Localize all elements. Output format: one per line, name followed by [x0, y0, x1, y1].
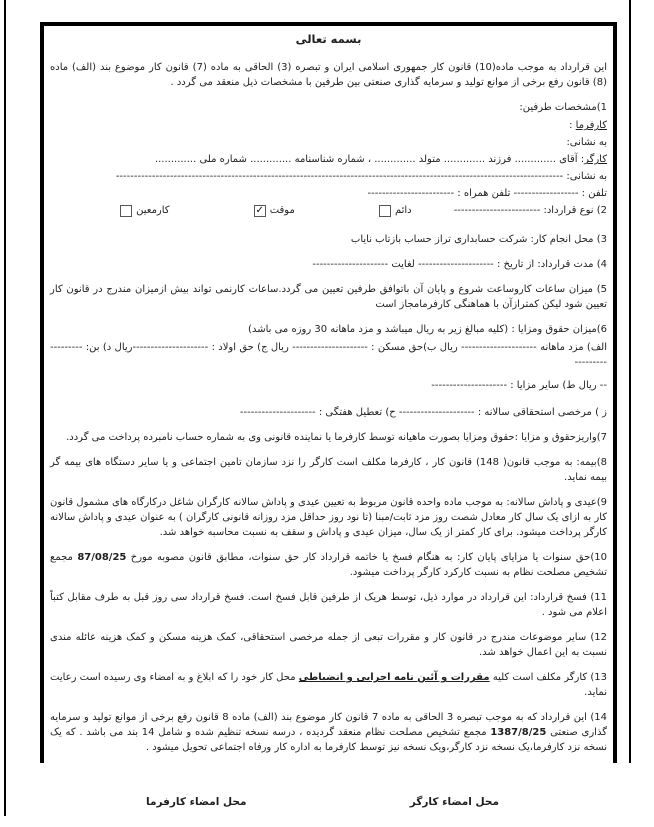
contract-page: بسمه تعالی این قرارداد به موجب ماده(10) …: [0, 0, 654, 827]
clause-11-termination: 11) فسخ قرارداد: این قرارداد در موارد ذی…: [50, 590, 607, 620]
option-permanent: دائم: [379, 203, 412, 218]
clause-13-regulations: 13) کارگر مکلف است کلیه مقررات و آئین نا…: [50, 670, 607, 700]
contract-type-row: 2) نوع قرارداد: ------------------------…: [50, 203, 607, 218]
clause-12-other-provisions: 12) سایر موضوعات مندرج در قانون کار و مق…: [50, 630, 607, 660]
employer-address-line: به نشانی:: [50, 135, 607, 150]
checkbox-unchecked-icon[interactable]: [120, 205, 132, 217]
clause-14-copies: 14) این قرارداد که به موجب تبصره 3 الحاق…: [50, 710, 607, 755]
option-specific-task: کارمعین: [120, 203, 169, 218]
option-temporary: موقت ✓: [254, 203, 295, 218]
checkbox-checked-icon[interactable]: ✓: [254, 205, 266, 217]
worker-signature-label: محل امضاء کارگر: [410, 795, 499, 811]
clause-8-insurance: 8)بیمه: به موجب قانون( 148) قانون کار ، …: [50, 455, 607, 485]
option-temporary-label: موقت: [270, 203, 295, 218]
signature-row: محل امضاء کارگر محل امضاء کارفرما: [50, 795, 607, 811]
document-body: بسمه تعالی این قرارداد به موجب ماده(10) …: [50, 26, 607, 811]
worker-details-line: کارگر: آقای ............. فرزند ........…: [50, 152, 607, 167]
page-right-edge-line: [629, 0, 631, 763]
clause-6-salary-heading: 6)میزان حقوق ومزایا : (کلیه مبالغ زیر به…: [50, 322, 607, 337]
clause-10-severance: 10)حق سنوات یا مزایای پایان کار: به هنگا…: [50, 550, 607, 580]
employer-label-line: کارفرما :: [50, 118, 607, 133]
checkbox-unchecked-icon[interactable]: [379, 205, 391, 217]
option-specific-task-label: کارمعین: [136, 203, 169, 218]
contract-type-label: 2) نوع قرارداد: ------------------------: [454, 203, 607, 218]
option-permanent-label: دائم: [395, 203, 412, 218]
clause-3-workplace: 3) محل انجام کار: شرکت حسابداری تراز حسا…: [50, 232, 607, 247]
employer-signature-label: محل امضاء کارفرما: [146, 795, 246, 811]
clause-7-payment: 7)واریزحقوق و مزایا :حقوق ومزایا بصورت م…: [50, 430, 607, 445]
page-left-edge-line: [4, 0, 6, 816]
intro-paragraph: این قرارداد به موجب ماده(10) قانون کار ج…: [50, 60, 607, 90]
salary-line-2: -- ریال ط) سایر مزایا : ----------------…: [50, 378, 607, 393]
clause-4-duration: 4) مدت قرارداد: از تاریخ : -------------…: [50, 257, 607, 272]
worker-address-line: به نشانی: ------------------------------…: [50, 169, 607, 184]
contract-type-options: دائم موقت ✓ کارمعین: [50, 203, 454, 218]
parties-heading: 1)مشخصات طرفین:: [50, 100, 607, 115]
clause-5-working-hours: 5) میزان ساعات کاروساعت شروع و پایان آن …: [50, 282, 607, 312]
phone-line: تلفن : ------------------ تلفن همراه : -…: [50, 186, 607, 201]
salary-line-3-leave: ز ) مرخصی استحقاقی سالانه : ------------…: [50, 405, 607, 420]
salary-line-1: الف) مزد ماهانه --------------------- ری…: [50, 340, 607, 370]
clause-9-bonus: 9)عیدی و پاداش سالانه: به موجب ماده واحد…: [50, 495, 607, 540]
document-title: بسمه تعالی: [50, 31, 607, 48]
